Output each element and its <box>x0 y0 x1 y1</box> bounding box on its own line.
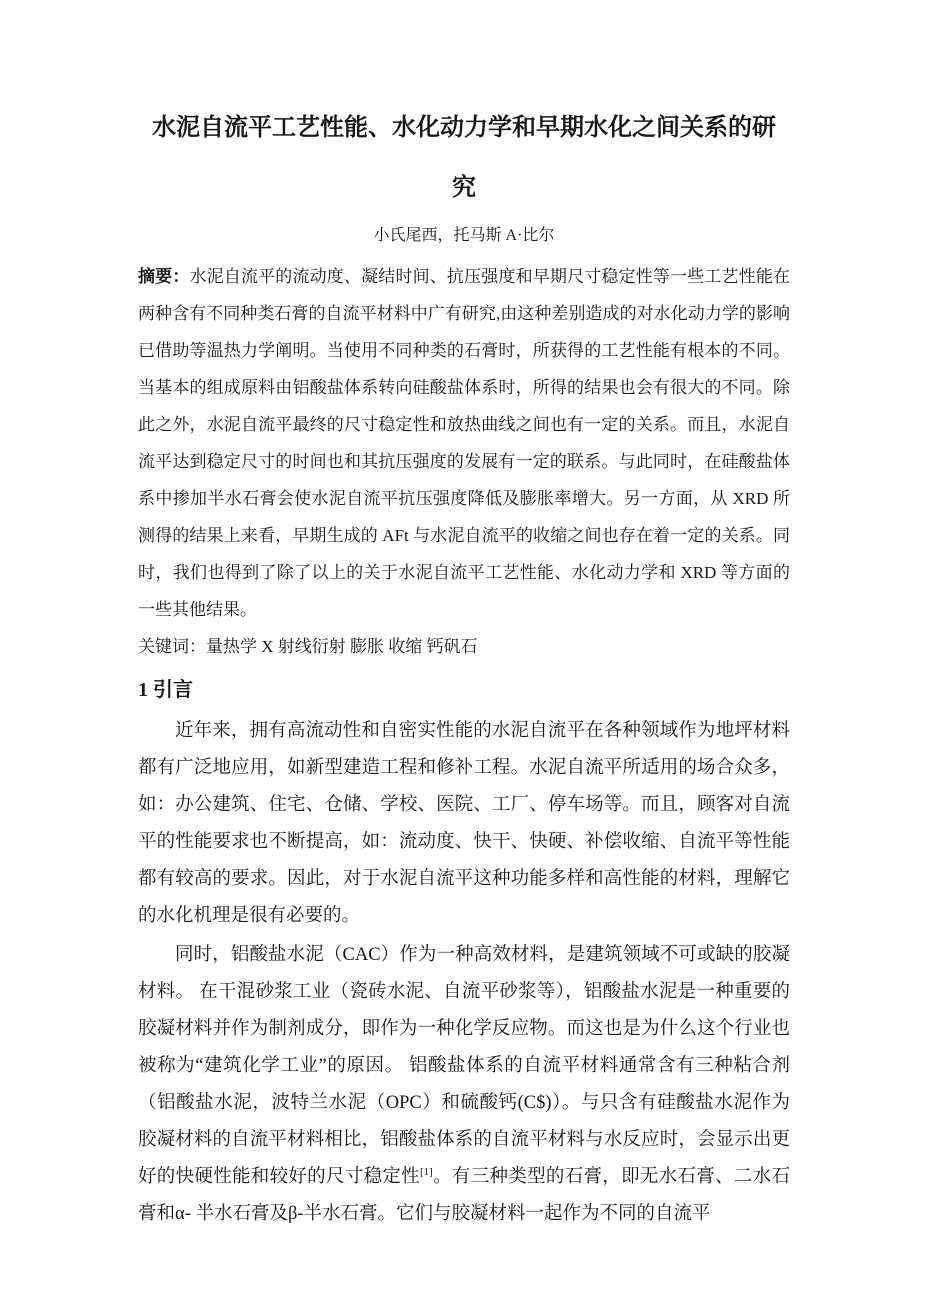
paragraph-2-text: 同时，铝酸盐水泥（CAC）作为一种高效材料，是建筑领域不可或缺的胶凝材料。 在干… <box>138 945 790 1187</box>
document-page: 水泥自流平工艺性能、水化动力学和早期水化之间关系的研究 小氏尾西，托马斯 A·比… <box>0 0 926 1309</box>
paper-title: 水泥自流平工艺性能、水化动力学和早期水化之间关系的研究 <box>138 98 790 218</box>
authors-line: 小氏尾西，托马斯 A·比尔 <box>138 222 790 250</box>
keywords-line: 关键词：量热学 X 射线衍射 膨胀 收缩 钙矾石 <box>138 628 790 665</box>
paper-title-line-2: 究 <box>452 175 476 201</box>
keywords-label: 关键词： <box>138 637 206 656</box>
section-1-paragraph-1: 近年来，拥有高流动性和自密实性能的水泥自流平在各种领域作为地坪材料都有广泛地应用… <box>138 713 790 935</box>
section-1-paragraph-2: 同时，铝酸盐水泥（CAC）作为一种高效材料，是建筑领域不可或缺的胶凝材料。 在干… <box>138 937 790 1233</box>
abstract-label: 摘要： <box>138 267 190 286</box>
citation-ref-1: [1] <box>420 1166 433 1178</box>
abstract-text: 水泥自流平的流动度、凝结时间、抗压强度和早期尺寸稳定性等一些工艺性能在两种含有不… <box>138 267 790 619</box>
keywords-text: 量热学 X 射线衍射 膨胀 收缩 钙矾石 <box>206 637 478 656</box>
paper-title-line-1: 水泥自流平工艺性能、水化动力学和早期水化之间关系的研 <box>152 115 776 141</box>
abstract-paragraph: 摘要：水泥自流平的流动度、凝结时间、抗压强度和早期尺寸稳定性等一些工艺性能在两种… <box>138 258 790 628</box>
section-1-heading: 1 引言 <box>138 669 790 711</box>
